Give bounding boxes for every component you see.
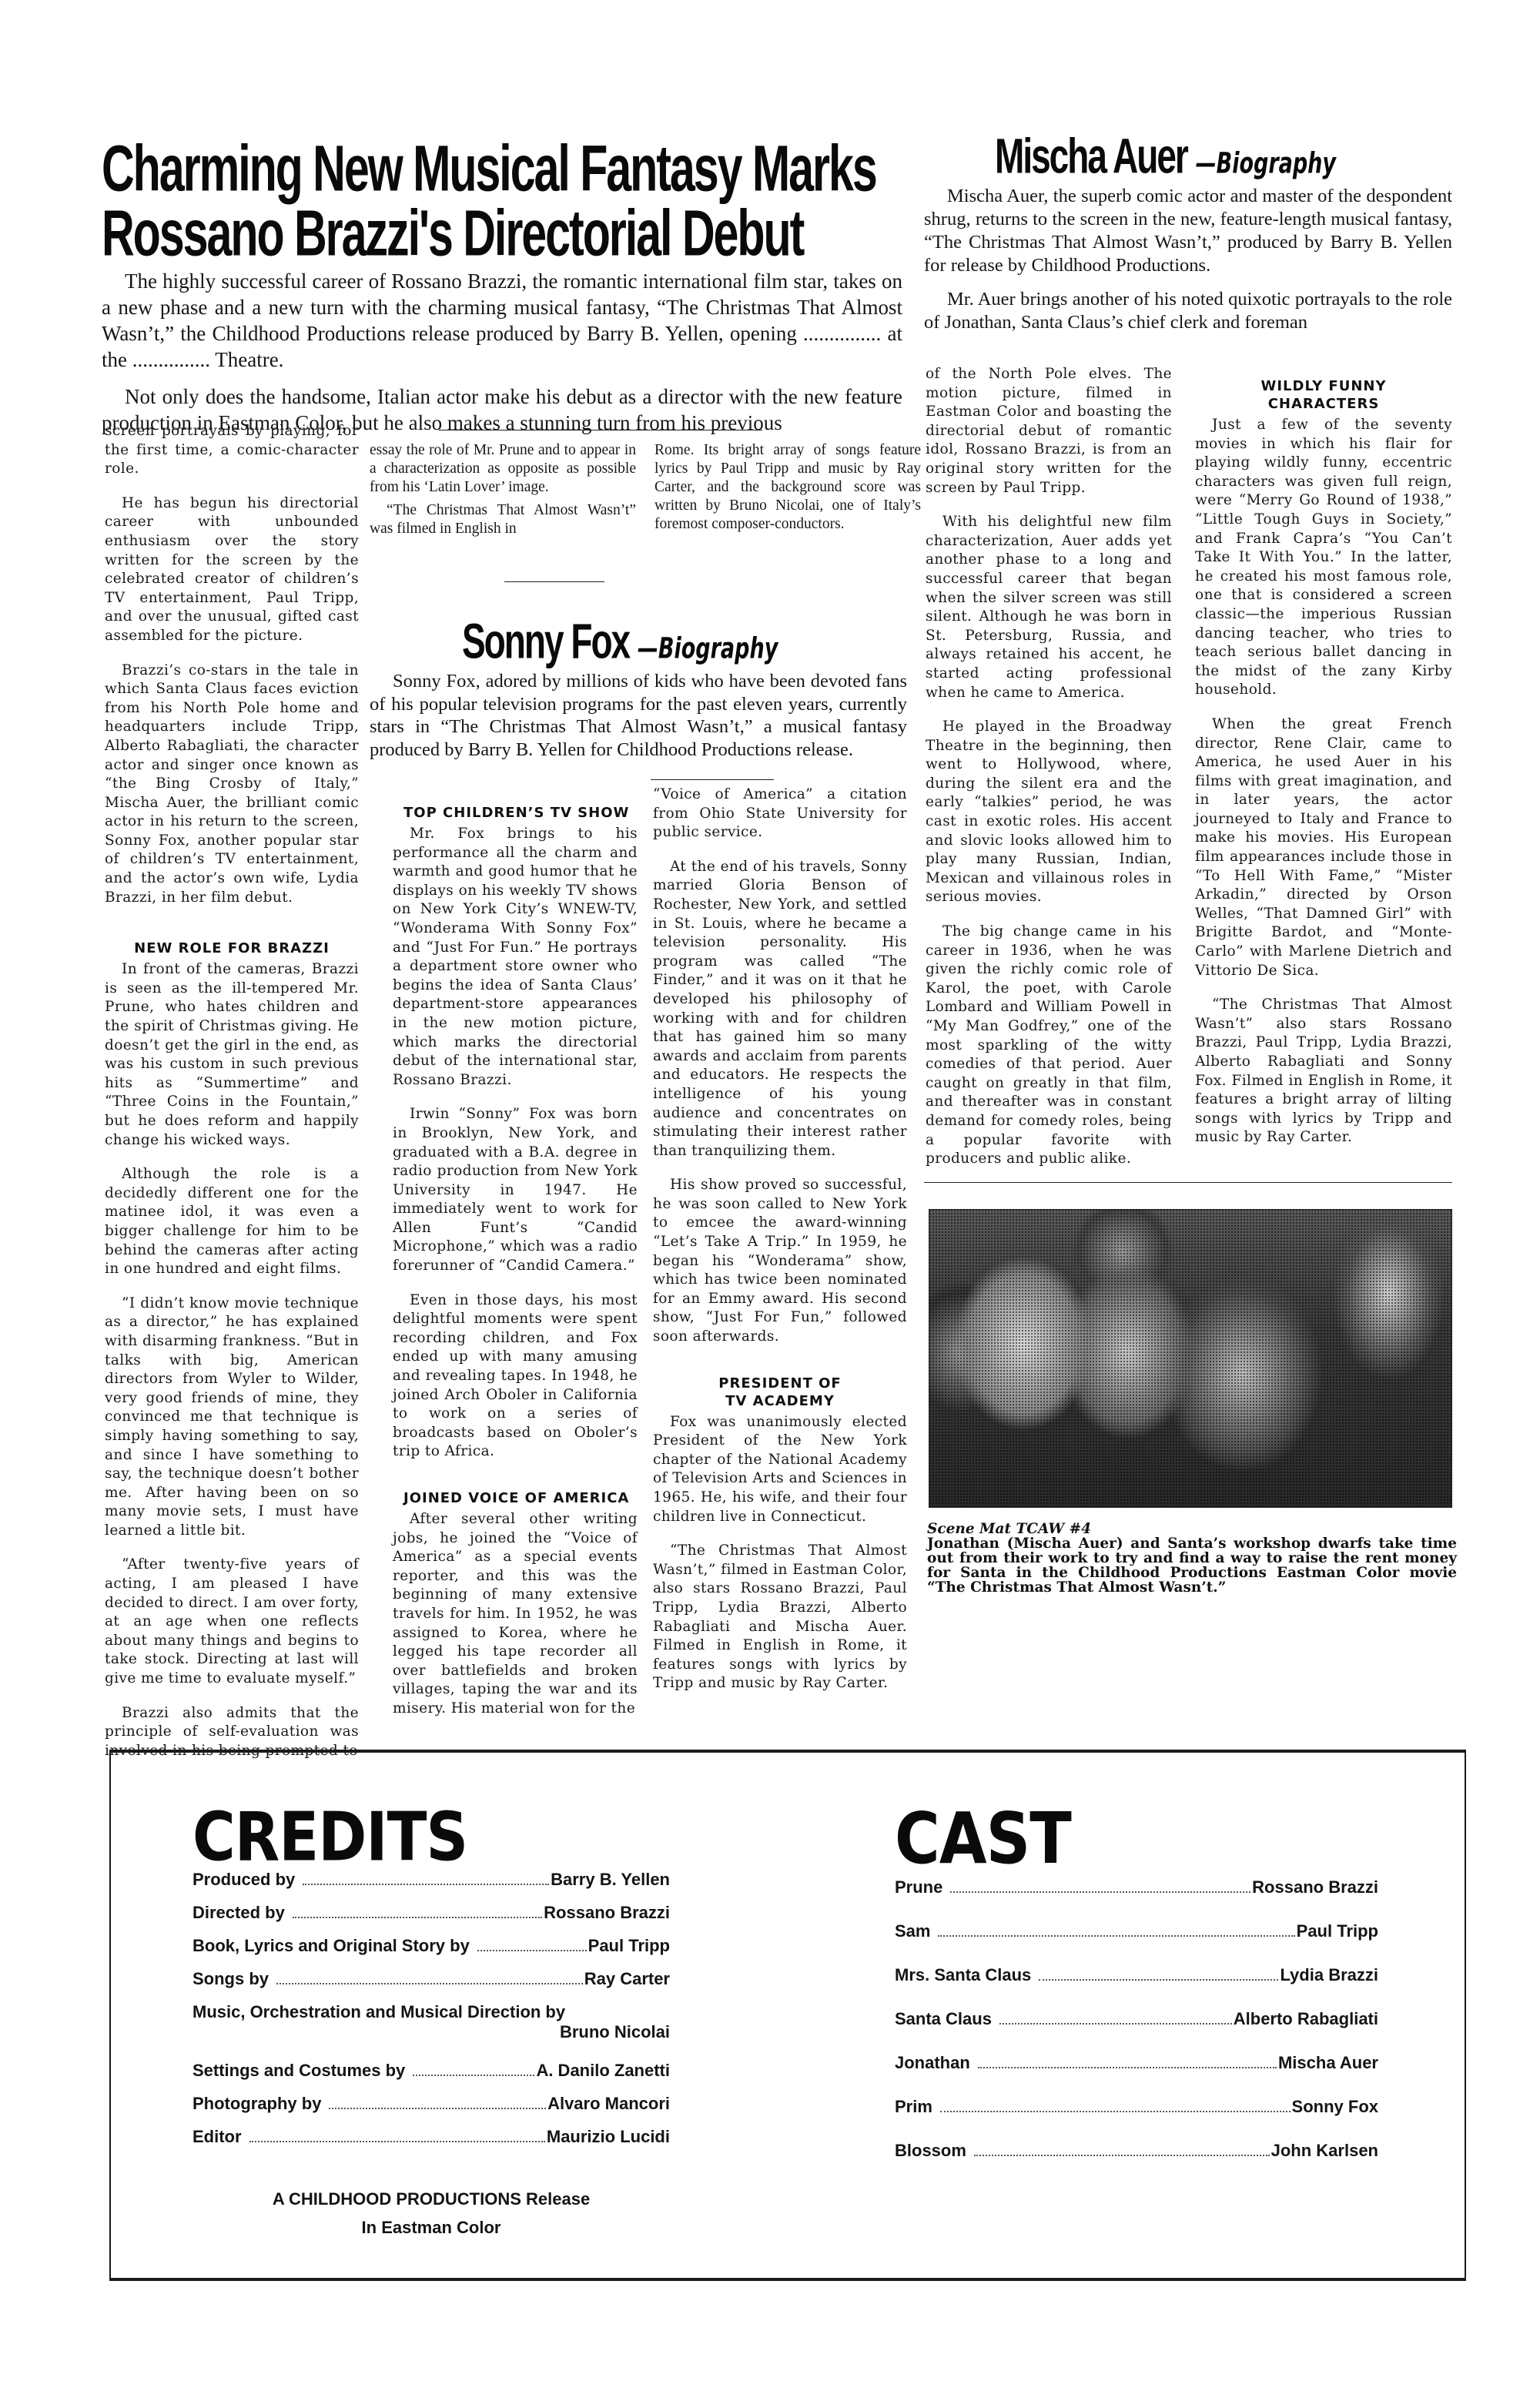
leader-dots bbox=[276, 1983, 583, 1984]
credit-label: Editor bbox=[192, 2128, 242, 2145]
cast-actor: John Karlsen bbox=[1271, 2142, 1378, 2159]
cast-actor: Alberto Rabagliati bbox=[1234, 2011, 1378, 2028]
credit-row: Songs byRay Carter bbox=[192, 1971, 670, 1988]
divider-rule bbox=[651, 779, 774, 780]
main-article-column-1: screen portrayals by playing, for the fi… bbox=[105, 422, 359, 1776]
mischa-auer-lead: Mischa Auer, the superb comic actor and … bbox=[924, 185, 1452, 334]
leader-dots bbox=[978, 2067, 1277, 2068]
cast-row: PrimSonny Fox bbox=[895, 2098, 1378, 2115]
cast-role: Jonathan bbox=[895, 2055, 970, 2071]
main-col2-p2: “The Christmas That Almost Wasn’t” was f… bbox=[370, 501, 636, 538]
cast-row: BlossomJohn Karlsen bbox=[895, 2142, 1378, 2159]
cast-row: PruneRossano Brazzi bbox=[895, 1879, 1378, 1896]
credit-value: A. Danilo Zanetti bbox=[536, 2062, 670, 2079]
subhead-president-of-tv-academy: PRESIDENT OF TV ACADEMY bbox=[653, 1375, 907, 1410]
credit-row: EditorMaurizio Lucidi bbox=[192, 2128, 670, 2145]
scene-mat-label: Scene Mat TCAW #4 bbox=[927, 1522, 1457, 1536]
credit-label: Produced by bbox=[192, 1871, 295, 1888]
credit-value: Rossano Brazzi bbox=[544, 1904, 670, 1921]
sonny-fox-column-1: TOP CHILDREN’S TV SHOW Mr. Fox brings to… bbox=[393, 801, 638, 1734]
leader-dots bbox=[413, 2075, 534, 2076]
leader-dots bbox=[477, 1950, 587, 1951]
credit-value: Barry B. Yellen bbox=[551, 1871, 670, 1888]
cast-role: Prim bbox=[895, 2098, 932, 2115]
fox-col2-p1: “Voice of America” a citation from Ohio … bbox=[653, 785, 907, 842]
cast-title: CAST bbox=[895, 1804, 1071, 1874]
main-lead-paragraph-1: The highly successful career of Rossano … bbox=[102, 268, 902, 373]
cast-row: SamPaul Tripp bbox=[895, 1923, 1378, 1940]
credit-value: Bruno Nicolai bbox=[192, 2024, 670, 2041]
subhead-top-childrens-tv-show: TOP CHILDREN’S TV SHOW bbox=[393, 804, 638, 822]
fox-col1-p1: Mr. Fox brings to his performance all th… bbox=[393, 825, 638, 1090]
cast-actor: Sonny Fox bbox=[1292, 2098, 1378, 2115]
credit-label: Settings and Costumes by bbox=[192, 2062, 405, 2079]
eastman-color-line: In Eastman Color bbox=[192, 2218, 670, 2238]
leader-dots bbox=[1039, 1979, 1278, 1981]
credit-row: Book, Lyrics and Original Story byPaul T… bbox=[192, 1937, 670, 1954]
main-headline-line2: Rossano Brazzi's Directorial Debut bbox=[102, 202, 803, 266]
sonny-fox-column-2: “Voice of America” a citation from Ohio … bbox=[653, 785, 907, 1709]
leader-dots bbox=[329, 2108, 546, 2109]
credit-value: Alvaro Mancori bbox=[547, 2095, 670, 2112]
subhead-wildly-funny-characters: WILDLY FUNNY CHARACTERS bbox=[1195, 377, 1452, 413]
cast-actor: Paul Tripp bbox=[1297, 1923, 1378, 1940]
cast-actor: Rossano Brazzi bbox=[1252, 1879, 1378, 1896]
credit-row: Produced byBarry B. Yellen bbox=[192, 1871, 670, 1888]
mischa-auer-column-2: WILDLY FUNNY CHARACTERS Just a few of th… bbox=[1195, 374, 1452, 1163]
auer-col2-p3: “The Christmas That Almost Wasn’t” also … bbox=[1195, 996, 1452, 1147]
fox-col1-p2: Irwin “Sonny” Fox was born in Brooklyn, … bbox=[393, 1105, 638, 1275]
auer-col1-p2: With his delightful new film characteriz… bbox=[926, 513, 1172, 702]
photo-caption: Scene Mat TCAW #4 Jonathan (Mischa Auer)… bbox=[927, 1522, 1457, 1595]
cast-row: JonathanMischa Auer bbox=[895, 2055, 1378, 2071]
main-col1-p1: screen portrayals by playing, for the fi… bbox=[105, 422, 359, 479]
credit-label: Book, Lyrics and Original Story by bbox=[192, 1937, 470, 1954]
main-col1-p4: In front of the cameras, Brazzi is seen … bbox=[105, 960, 359, 1150]
credit-label: Directed by bbox=[192, 1904, 285, 1921]
sonny-fox-name: Sonny Fox bbox=[462, 613, 629, 669]
main-col1-p2: He has begun his directorial career with… bbox=[105, 494, 359, 646]
credit-label: Music, Orchestration and Musical Directi… bbox=[192, 2002, 565, 2021]
fox-col2-p4: Fox was unanimously elected President of… bbox=[653, 1413, 907, 1527]
mischa-auer-column-1: of the North Pole elves. The motion pict… bbox=[926, 365, 1172, 1184]
cast-row: Santa ClausAlberto Rabagliati bbox=[895, 2011, 1378, 2028]
leader-dots bbox=[249, 2141, 545, 2142]
main-col1-p5: Although the role is a decidedly differe… bbox=[105, 1165, 359, 1279]
cast-actor: Lydia Brazzi bbox=[1280, 1967, 1378, 1984]
cast-list: PruneRossano Brazzi SamPaul Tripp Mrs. S… bbox=[895, 1879, 1378, 2159]
main-article-column-2: essay the role of Mr. Prune and to appea… bbox=[370, 441, 636, 543]
fox-col2-p3: His show proved so successful, he was so… bbox=[653, 1176, 907, 1346]
subhead-new-role: NEW ROLE FOR BRAZZI bbox=[105, 939, 359, 957]
credit-value: Maurizio Lucidi bbox=[547, 2128, 670, 2145]
main-col1-p3: Brazzi’s co-stars in the tale in which S… bbox=[105, 661, 359, 908]
subhead-joined-voice-of-america: JOINED VOICE OF AMERICA bbox=[393, 1489, 638, 1507]
main-col1-p6: “I didn’t know movie technique as a dire… bbox=[105, 1294, 359, 1541]
sonny-fox-headline: Sonny Fox —Biography bbox=[462, 616, 778, 665]
leader-dots bbox=[938, 1935, 1294, 1937]
cast-row: Mrs. Santa ClausLydia Brazzi bbox=[895, 1967, 1378, 1984]
credit-row: Music, Orchestration and Musical Directi… bbox=[192, 2004, 670, 2041]
fox-col1-p3: Even in those days, his most delightful … bbox=[393, 1291, 638, 1462]
fox-col2-p2: At the end of his travels, Sonny married… bbox=[653, 858, 907, 1161]
credits-title: CREDITS bbox=[192, 1804, 467, 1871]
auer-col2-p2: When the great French director, Rene Cla… bbox=[1195, 715, 1452, 980]
cast-role: Blossom bbox=[895, 2142, 966, 2159]
cast-role: Sam bbox=[895, 1923, 930, 1940]
auer-lead-paragraph-1: Mischa Auer, the superb comic actor and … bbox=[924, 185, 1452, 277]
credit-label: Songs by bbox=[192, 1971, 269, 1988]
sonny-fox-biography-tag: —Biography bbox=[638, 632, 778, 665]
auer-col1-p1: of the North Pole elves. The motion pict… bbox=[926, 365, 1172, 497]
photo-caption-text: Jonathan (Mischa Auer) and Santa’s works… bbox=[927, 1536, 1457, 1596]
leader-dots bbox=[940, 2111, 1291, 2112]
main-article-lead: The highly successful career of Rossano … bbox=[102, 268, 902, 436]
cast-actor: Mischa Auer bbox=[1278, 2055, 1378, 2071]
main-headline-line1: Charming New Musical Fantasy Marks bbox=[102, 137, 876, 202]
cast-role: Prune bbox=[895, 1879, 942, 1896]
leader-dots bbox=[293, 1917, 542, 1918]
divider-rule bbox=[924, 1182, 1452, 1183]
release-line: A CHILDHOOD PRODUCTIONS Release bbox=[192, 2189, 670, 2209]
leader-dots bbox=[303, 1884, 549, 1885]
scene-photo bbox=[929, 1209, 1452, 1508]
leader-dots bbox=[974, 2155, 1270, 2156]
main-col2-p1: essay the role of Mr. Prune and to appea… bbox=[370, 441, 636, 497]
mischa-auer-biography-tag: —Biography bbox=[1196, 147, 1336, 180]
main-col1-p7: “After twenty-five years of acting, I am… bbox=[105, 1556, 359, 1688]
fox-col1-p4: After several other writing jobs, he joi… bbox=[393, 1510, 638, 1719]
auer-col2-p1: Just a few of the seventy movies in whic… bbox=[1195, 416, 1452, 700]
credit-value: Ray Carter bbox=[584, 1971, 670, 1988]
sonny-fox-lead: Sonny Fox, adored by millions of kids wh… bbox=[370, 670, 907, 772]
divider-rule bbox=[504, 581, 604, 582]
credit-row: Directed byRossano Brazzi bbox=[192, 1904, 670, 1921]
main-article-column-3: Rome. Its bright array of songs feature … bbox=[654, 441, 921, 538]
auer-lead-paragraph-2: Mr. Auer brings another of his noted qui… bbox=[924, 288, 1452, 334]
sonny-fox-lead-paragraph: Sonny Fox, adored by millions of kids wh… bbox=[370, 670, 907, 761]
cast-role: Santa Claus bbox=[895, 2011, 992, 2028]
leader-dots bbox=[950, 1891, 1250, 1893]
main-col3-p1: Rome. Its bright array of songs feature … bbox=[654, 441, 921, 534]
leader-dots bbox=[999, 2023, 1232, 2025]
credit-row: Settings and Costumes byA. Danilo Zanett… bbox=[192, 2062, 670, 2079]
auer-col1-p4: The big change came in his career in 193… bbox=[926, 923, 1172, 1169]
cast-role: Mrs. Santa Claus bbox=[895, 1967, 1031, 1984]
fox-col2-p5: “The Christmas That Almost Wasn’t,” film… bbox=[653, 1542, 907, 1693]
credits-list: Produced byBarry B. Yellen Directed byRo… bbox=[192, 1871, 670, 2145]
credit-row: Photography byAlvaro Mancori bbox=[192, 2095, 670, 2112]
credit-label: Photography by bbox=[192, 2095, 321, 2112]
auer-col1-p3: He played in the Broadway Theatre in the… bbox=[926, 718, 1172, 907]
mischa-auer-headline: Mischa Auer —Biography bbox=[995, 131, 1336, 180]
divider-rule bbox=[439, 430, 762, 430]
credit-value: Paul Tripp bbox=[588, 1937, 670, 1954]
mischa-auer-name: Mischa Auer bbox=[995, 128, 1187, 184]
